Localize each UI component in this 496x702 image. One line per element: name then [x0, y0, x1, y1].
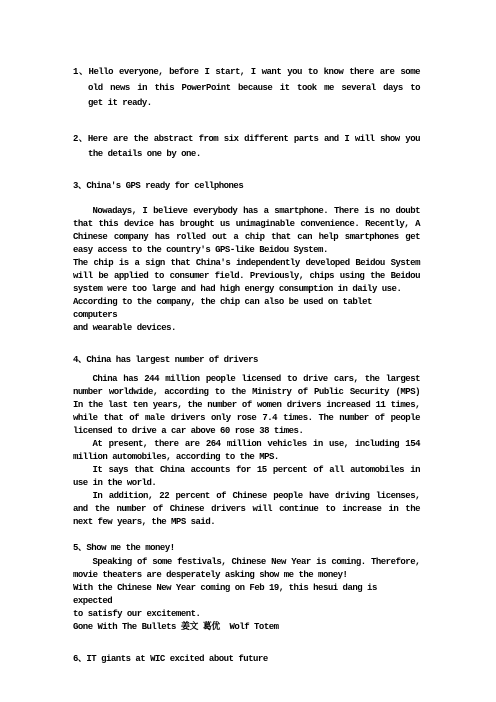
text-line: 4、China has largest number of drivers [73, 354, 420, 367]
text-line: old news in this PowerPoint because it t… [88, 81, 420, 97]
text-line: movie theaters are desperately asking sh… [73, 569, 420, 582]
text-line: easy access to the country's GPS-like Be… [73, 244, 420, 257]
paragraph: At present, there are 264 million vehicl… [73, 438, 420, 464]
text-line: the details one by one. [88, 147, 420, 163]
text-line: system were too large and had high energ… [73, 283, 420, 296]
text-line: will be applied to consumer field. Previ… [73, 270, 420, 283]
numbered-item: 1、Hello everyone, before I start, I want… [73, 65, 420, 112]
text-line: It says that China accounts for 15 perce… [73, 464, 420, 477]
text-line: and wearable devices. [73, 322, 420, 335]
text-line: China has 244 million people licensed to… [73, 373, 420, 386]
text-line: 3、China's GPS ready for cellphones [73, 180, 420, 193]
text-line: In the last ten years, the number of wom… [73, 399, 420, 412]
paragraph: According to the company, the chip can a… [73, 296, 420, 335]
text-line: 1、Hello everyone, before I start, I want… [88, 65, 420, 81]
text-line: 6、IT giants at WIC excited about future [73, 653, 420, 666]
text-line: use in the world. [73, 477, 420, 490]
text-line: licensed to drive a car above 60 rose 38… [73, 425, 420, 438]
paragraph: In addition, 22 percent of Chinese peopl… [73, 490, 420, 529]
text-line: According to the company, the chip can a… [73, 296, 420, 322]
text-line: Gone With The Bullets 姜文 葛优 Wolf Totem [73, 621, 420, 634]
paragraph: With the Chinese New Year coming on Feb … [73, 582, 420, 621]
document-page: 1、Hello everyone, before I start, I want… [0, 0, 496, 702]
paragraph: It says that China accounts for 15 perce… [73, 464, 420, 490]
section-heading: 5、Show me the money! [73, 542, 420, 555]
text-line: At present, there are 264 million vehicl… [73, 438, 420, 451]
paragraph: The chip is a sign that China's independ… [73, 257, 420, 296]
text-line: next few years, the MPS said. [73, 516, 420, 529]
text-line: that this device has brought us unimagin… [73, 218, 420, 231]
text-line: Chinese company has rolled out a chip th… [73, 231, 420, 244]
text-line: Speaking of some festivals, Chinese New … [73, 556, 420, 569]
section-heading: 6、IT giants at WIC excited about future [73, 653, 420, 666]
text-line: With the Chinese New Year coming on Feb … [73, 582, 420, 608]
text-line: 5、Show me the money! [73, 542, 420, 555]
section-heading: 3、China's GPS ready for cellphones [73, 180, 420, 193]
text-line: and the number of Chinese drivers will c… [73, 503, 420, 516]
paragraph: Nowadays, I believe everybody has a smar… [73, 205, 420, 257]
document-body: 1、Hello everyone, before I start, I want… [73, 0, 420, 666]
text-line: number worldwide, according to the Minis… [73, 386, 420, 399]
text-line: million automobiles, according to the MP… [73, 451, 420, 464]
text-line: get it ready. [88, 96, 420, 112]
text-line: Nowadays, I believe everybody has a smar… [73, 205, 420, 218]
paragraph: Gone With The Bullets 姜文 葛优 Wolf Totem [73, 621, 420, 634]
text-line: 2、Here are the abstract from six differe… [88, 132, 420, 148]
text-line: The chip is a sign that China's independ… [73, 257, 420, 270]
text-line: to satisfy our excitement. [73, 608, 420, 621]
text-line: In addition, 22 percent of Chinese peopl… [73, 490, 420, 503]
paragraph: Speaking of some festivals, Chinese New … [73, 556, 420, 582]
paragraph: China has 244 million people licensed to… [73, 373, 420, 438]
text-line: while that of male drivers only rose 7.4… [73, 412, 420, 425]
numbered-item: 2、Here are the abstract from six differe… [73, 132, 420, 163]
section-heading: 4、China has largest number of drivers [73, 354, 420, 367]
